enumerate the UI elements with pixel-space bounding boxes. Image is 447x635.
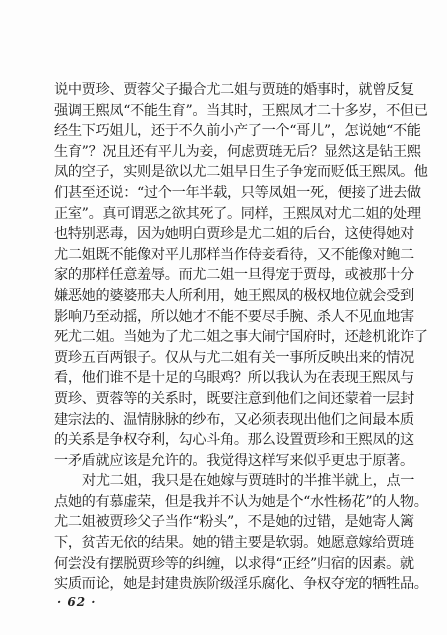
text-line: 的关系是争权夺利，勾心斗角。那么设置贾珍和王熙凤的这 [54,430,399,451]
paragraph-start-line: 对尤二姐，我只是在她嫁与贾琏时的半推半就上，点一 [54,471,399,492]
text-line: 嫌恶她的婆婆邢夫人所利用，她王熙凤的极权地位就会受到 [54,286,399,307]
text-line: 点她的有慕虚荣，但是我并不认为她是个“水性杨花”的人物。 [54,492,399,513]
text-line: 死尤二姐。当她为了尤二姐之事大闹宁国府时，还趁机讹诈了 [54,327,399,348]
text-line: 尤二姐被贾珍父子当作“粉头”，不是她的过错，是她寄人篱 [54,512,399,533]
text-line: 说中贾珍、贾蓉父子撮合尤二姐与贾琏的婚事时，就曾反复 [54,80,399,101]
text-line: 下，贫苦无依的结果。她的错主要是软弱。她愿意嫁给贾琏 [54,533,399,554]
text-line: 建宗法的、温情脉脉的纱布，又必须表现出他们之间最本质 [54,410,399,431]
text-line: 正室”。真可谓恶之欲其死了。同样，王熙凤对尤二姐的处理 [54,204,399,225]
text-line: 经生下巧姐儿，还于不久前小产了一个“哥儿”，怎说她“不能 [54,121,399,142]
text-line: 何尝没有摆脱贾珍等的纠缠，以求得“正经”归宿的因素。就 [54,554,399,575]
text-line: 尤二姐既不能像对平儿那样当作侍妾看待，又不能像对鲍二 [54,245,399,266]
text-line: 生育”？况且还有平儿为妾，何虑贾琏无后？显然这是钻王熙 [54,142,399,163]
text-line: 家的那样任意羞辱。而尤二姐一旦得宠于贾母，或被那十分 [54,265,399,286]
text-line: 凤的空子，实则是欲以尤二姐早日生子争宠而贬低王熙凤。他 [54,162,399,183]
text-line: 们甚至还说：“过个一年半载，只等凤姐一死，便接了进去做 [54,183,399,204]
text-line: 也特别恶毒，因为她明白贾珍是尤二姐的后台，这使得她对 [54,224,399,245]
text-line: 实质而论，她是封建贵族阶级淫乐腐化、争权夺宠的牺牲品。 [54,574,399,595]
text-line: 影响乃至动摇，所以她才不能不要尽手腕、杀人不见血地害 [54,307,399,328]
text-line: 一矛盾就应该是允许的。我觉得这样写来似乎更忠于原著。 [54,451,399,472]
body-text: 说中贾珍、贾蓉父子撮合尤二姐与贾琏的婚事时，就曾反复 强调王熙凤“不能生育”。当… [54,80,399,595]
text-line: 看，他们谁不是十足的乌眼鸡？所以我认为在表现王熙凤与 [54,368,399,389]
text-line: 贾珍五百两银子。仅从与尤二姐有关一事所反映出来的情况 [54,348,399,369]
book-page: 说中贾珍、贾蓉父子撮合尤二姐与贾琏的婚事时，就曾反复 强调王熙凤“不能生育”。当… [0,0,447,635]
page-number: · 62 · [57,595,96,609]
text-line: 贾珍、贾蓉等的关系时，既要注意到他们之间还蒙着一层封 [54,389,399,410]
text-line: 强调王熙凤“不能生育”。当其时，王熙凤才二十多岁，不但已 [54,101,399,122]
